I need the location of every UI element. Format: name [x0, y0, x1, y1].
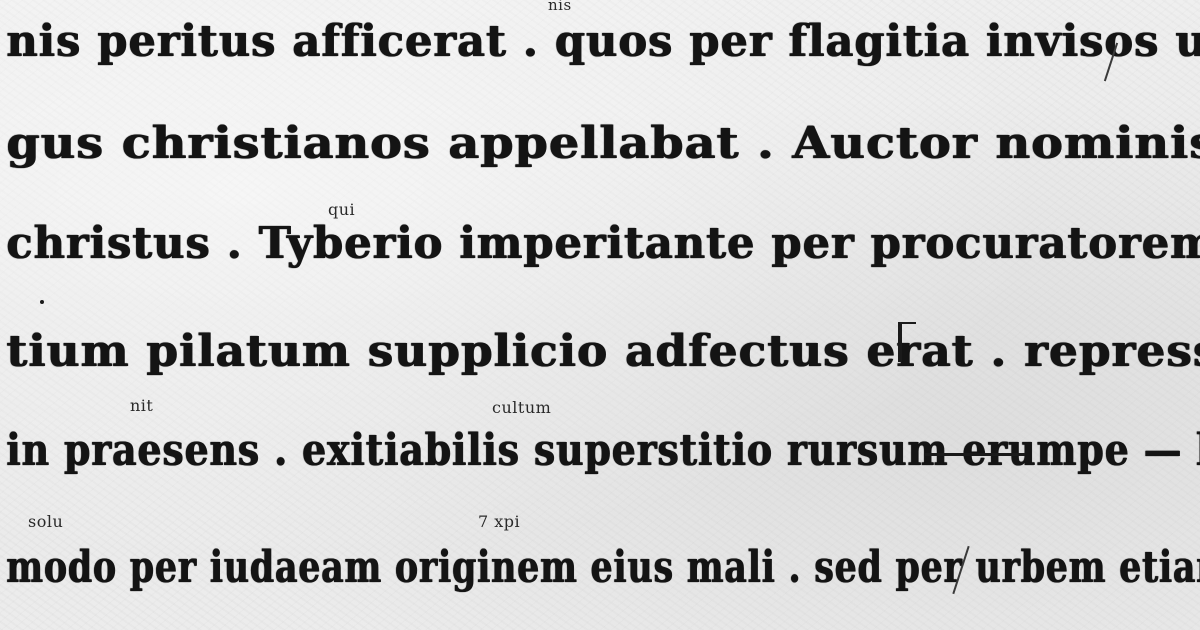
manuscript-line: nis peritus afficerat . quos per flagiti…: [6, 16, 1200, 67]
manuscript-line: tium pilatum supplicio adfectus erat . r…: [6, 326, 1200, 377]
interlinear-gloss: nit: [130, 396, 153, 415]
manuscript-line: modo per iudaeam originem eius mali . se…: [6, 542, 1200, 593]
line-filler-stroke: [925, 453, 1025, 456]
interlinear-gloss: nis: [548, 0, 572, 14]
interlinear-gloss: 7 xpi: [478, 512, 520, 531]
interlinear-gloss: solu: [28, 512, 63, 531]
bracket-mark: [898, 322, 916, 362]
interlinear-gloss: cultum: [492, 398, 551, 417]
interlinear-gloss: qui: [328, 200, 355, 219]
manuscript-page: nis nis peritus afficerat . quos per fla…: [0, 0, 1200, 630]
manuscript-line: christus . Tyberio imperitante per procu…: [6, 218, 1200, 269]
manuscript-line: gus christianos appellabat . Auctor nomi…: [6, 118, 1200, 169]
manuscript-line: in praesens . exitiabilis superstitio ru…: [6, 425, 1200, 476]
ink-speck: [40, 300, 44, 304]
